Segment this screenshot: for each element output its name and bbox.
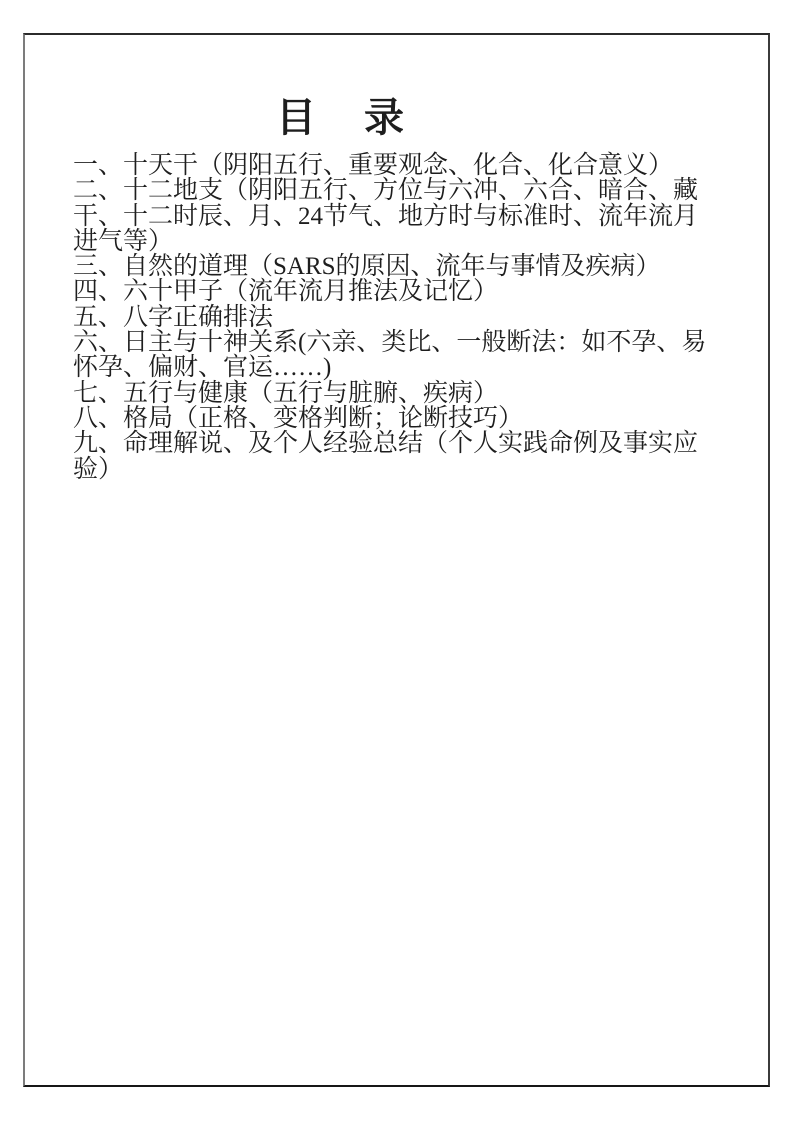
toc-item-3: 三、自然的道理（SARS的原因、流年与事情及疾病） [73, 254, 714, 279]
toc-item-6: 六、日主与十神关系(六亲、类比、一般断法：如不孕、易怀孕、偏财、官运……) [73, 330, 714, 381]
toc-item-8: 八、格局（正格、变格判断；论断技巧） [73, 406, 714, 431]
toc-item-4: 四、六十甲子（流年流月推法及记忆） [73, 279, 714, 304]
toc-item-2: 二、十二地支（阴阳五行、方位与六冲、六合、暗合、藏干、十二时辰、月、24节气、地… [73, 178, 714, 254]
toc-item-9: 九、命理解说、及个人经验总结（个人实践命例及事实应验） [73, 431, 714, 482]
toc-item-5: 五、八字正确排法 [73, 305, 714, 330]
document-page: 目 录 一、十天干（阴阳五行、重要观念、化合、化合意义） 二、十二地支（阴阳五行… [0, 0, 793, 1122]
page-title: 目 录 [276, 94, 408, 142]
toc-item-7: 七、五行与健康（五行与脏腑、疾病） [73, 381, 714, 406]
toc-list: 一、十天干（阴阳五行、重要观念、化合、化合意义） 二、十二地支（阴阳五行、方位与… [73, 153, 714, 482]
toc-item-1: 一、十天干（阴阳五行、重要观念、化合、化合意义） [73, 153, 714, 178]
